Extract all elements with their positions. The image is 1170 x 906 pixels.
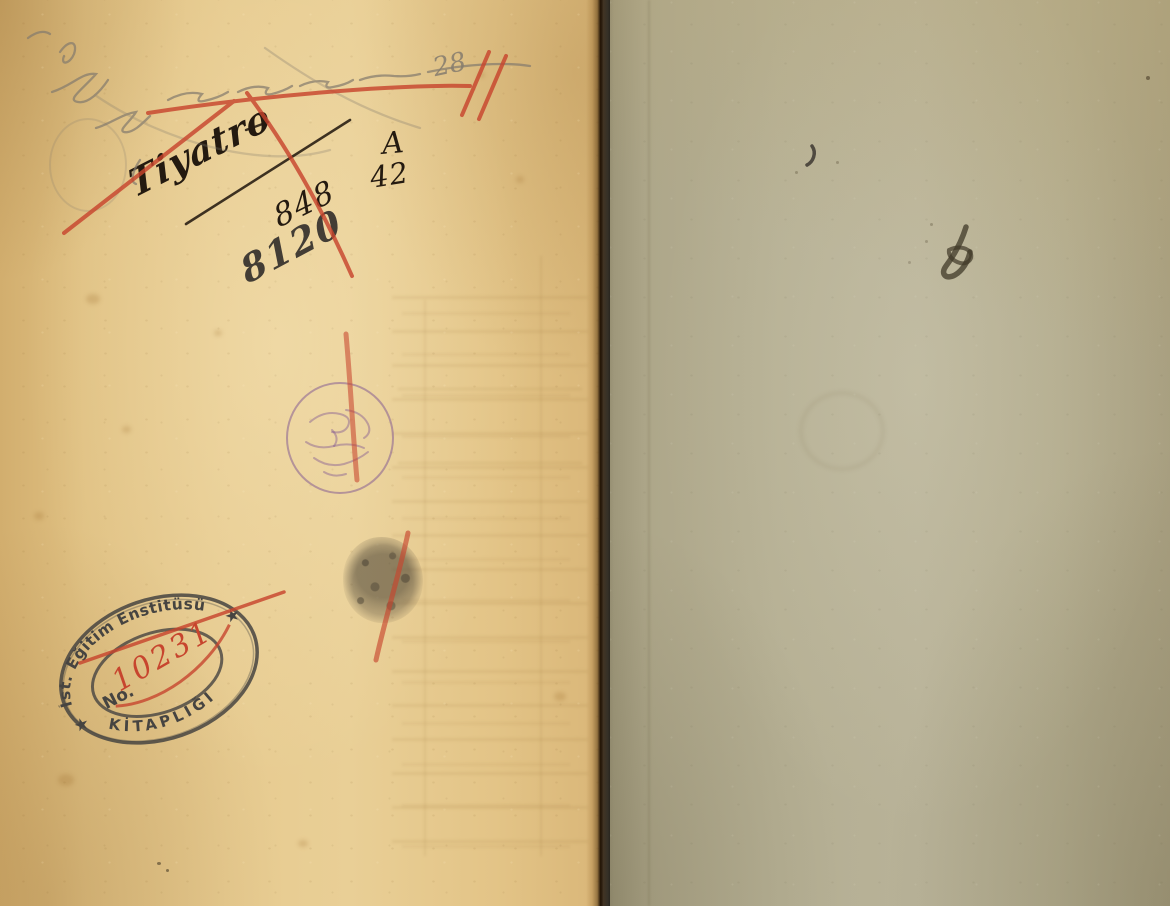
- showthrough-rule-line: [398, 388, 582, 390]
- showthrough-seal-circle: [800, 392, 884, 470]
- ink-speck: [1146, 76, 1150, 80]
- book-gutter: [586, 0, 614, 906]
- purple-seal-calligraphy: [288, 384, 392, 492]
- right-page-texture: [610, 0, 1170, 906]
- foxing-spot: [58, 774, 74, 786]
- ink-speck: [157, 862, 161, 865]
- book-scan: İst. Eğitim Enstitüsü KİTAPLIĞI ★ ★ No. …: [0, 0, 1170, 906]
- smudged-black-seal: [343, 537, 423, 623]
- foxing-spot: [86, 294, 100, 304]
- pencil-speck: [930, 223, 933, 226]
- foxing-spot: [34, 512, 44, 520]
- showthrough-rule-line: [540, 256, 542, 856]
- foxing-spot: [214, 330, 222, 336]
- foxing-spot: [516, 176, 524, 183]
- showthrough-rule-line: [398, 462, 582, 464]
- pencil-speck: [908, 261, 911, 264]
- pencil-speck: [836, 161, 839, 164]
- foxing-spot: [298, 840, 308, 847]
- showthrough-text-lines: [402, 312, 570, 852]
- showthrough-rule-line: [424, 300, 426, 856]
- pencil-speck: [795, 171, 798, 174]
- foxing-spot: [122, 426, 131, 433]
- ink-speck: [166, 869, 169, 872]
- handwritten-series-number: 42: [368, 155, 412, 195]
- stamp-star-left: ★: [71, 713, 92, 737]
- foxing-spot: [478, 72, 485, 78]
- stamp-star-right: ★: [222, 604, 243, 628]
- foxing-spot: [554, 692, 566, 701]
- ottoman-purple-seal: [286, 382, 394, 494]
- pencil-speck: [925, 240, 928, 243]
- endpaper-crease: [648, 0, 650, 906]
